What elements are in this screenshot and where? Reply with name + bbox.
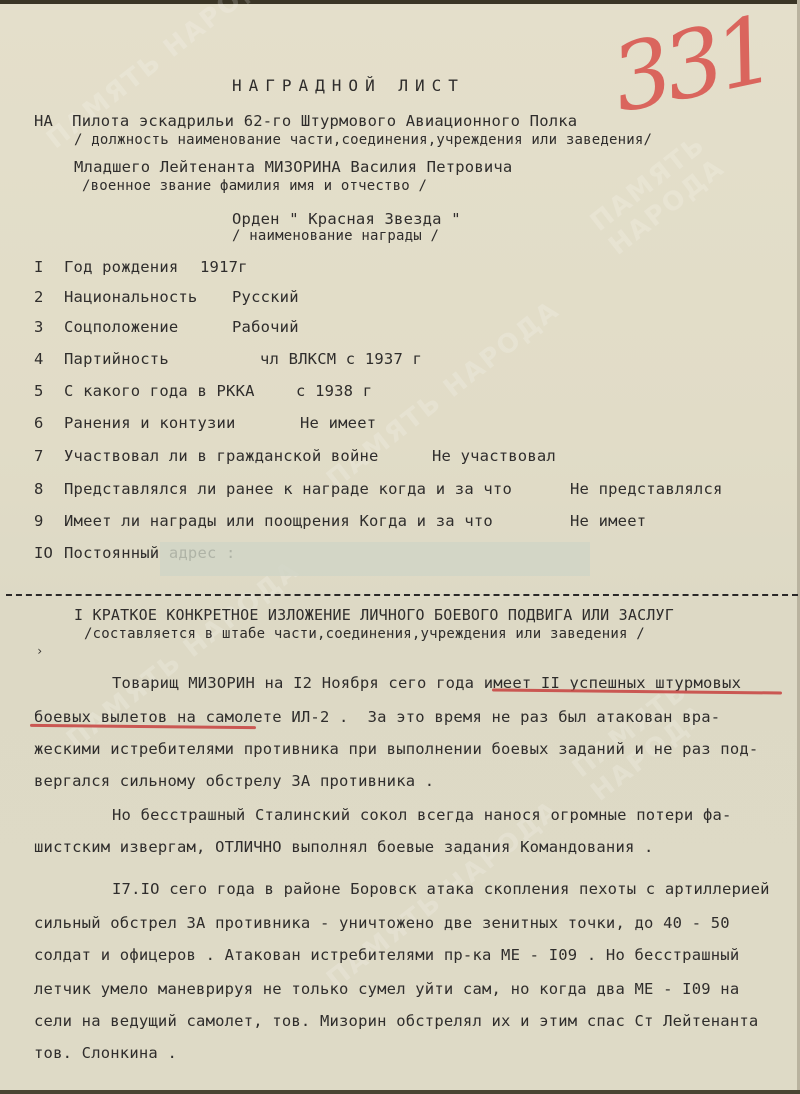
citation-line: летчик умело маневрируя не только сумел … <box>34 980 739 998</box>
citation-line: I7.IO сего года в районе Боровск атака с… <box>112 880 770 898</box>
name-caption: /военное звание фамилия имя и отчество / <box>82 178 427 194</box>
field-number: 7 <box>34 447 64 465</box>
field-row: IГод рождения <box>34 258 178 276</box>
field-value: Не имеет <box>570 512 646 530</box>
field-value: Русский <box>232 288 299 306</box>
field-label: Представлялся ли ранее к награде когда и… <box>64 480 512 498</box>
field-value: Не участвовал <box>432 447 556 465</box>
field-number: 6 <box>34 414 64 432</box>
scan-top-edge <box>0 0 800 4</box>
position-caption: / должность наименование части,соединени… <box>74 132 652 148</box>
recipient-name-text: Младшего Лейтенанта МИЗОРИНА Василия Пет… <box>74 158 512 176</box>
citation-line: боевых вылетов на самолете ИЛ-2 . За это… <box>34 708 720 726</box>
recipient-position-line: НА Пилота эскадрильи 62-го Штурмового Ав… <box>34 112 577 130</box>
field-value: чл ВЛКСМ с 1937 г <box>260 350 422 368</box>
field-row: 5С какого года в РККА <box>34 382 255 400</box>
citation-line: тов. Слонкина . <box>34 1044 177 1062</box>
scan-bottom-edge <box>0 1090 800 1094</box>
field-number: I <box>34 258 64 276</box>
field-label: Год рождения <box>64 258 178 276</box>
citation-line: жескими истребителями противника при вып… <box>34 740 758 758</box>
field-label: С какого года в РККА <box>64 382 255 400</box>
pencil-mark: › <box>36 644 43 658</box>
recipient-name: Младшего Лейтенанта МИЗОРИНА Василия Пет… <box>74 158 512 176</box>
field-number: 5 <box>34 382 64 400</box>
field-row: 2Национальность <box>34 288 197 306</box>
citation-line: сильный обстрел ЗА противника - уничтоже… <box>34 914 730 932</box>
document-title: НАГРАДНОЙ ЛИСТ <box>232 76 465 95</box>
field-label: Партийность <box>64 350 169 368</box>
field-row: 8Представлялся ли ранее к награде когда … <box>34 480 512 498</box>
field-row: 6Ранения и контузии <box>34 414 236 432</box>
citation-line: сели на ведущий самолет, тов. Мизорин об… <box>34 1012 758 1030</box>
field-value: 1917г <box>200 258 248 276</box>
na-label: НА <box>34 112 53 130</box>
field-number: 4 <box>34 350 64 368</box>
award-sheet-page: ПАМЯТЬ НАРОДА ПАМЯТЬ НАРОДА ПАМЯТЬ НАРОД… <box>0 0 800 1094</box>
citation-line: вергался сильному обстрелу ЗА противника… <box>34 772 434 790</box>
field-row: 4Партийность <box>34 350 169 368</box>
field-row: 3Соцположение <box>34 318 178 336</box>
field-number: 8 <box>34 480 64 498</box>
citation-line: солдат и офицеров . Атакован истребителя… <box>34 946 739 964</box>
field-value: Не имеет <box>300 414 376 432</box>
award-caption: / наименование награды / <box>232 228 439 244</box>
citation-line: шистским извергам, ОТЛИЧНО выполнял боев… <box>34 838 654 856</box>
field-value: с 1938 г <box>296 382 372 400</box>
section-divider <box>6 594 798 596</box>
field-number: 2 <box>34 288 64 306</box>
field-label: Участвовал ли в гражданской войне <box>64 447 379 465</box>
citation-line: Но бесстрашный Сталинский сокол всегда н… <box>112 806 732 824</box>
field-label: Имеет ли награды или поощрения Когда и з… <box>64 512 493 530</box>
section-heading: I КРАТКОЕ КОНКРЕТНОЕ ИЗЛОЖЕНИЕ ЛИЧНОГО Б… <box>74 606 674 624</box>
field-number: 3 <box>34 318 64 336</box>
field-number: IO <box>34 544 64 562</box>
recipient-position: Пилота эскадрильи 62-го Штурмового Авиац… <box>72 112 577 130</box>
field-number: 9 <box>34 512 64 530</box>
field-value: Не представлялся <box>570 480 723 498</box>
award-name: Орден " Красная Звезда " <box>232 210 461 228</box>
section-caption: /составляется в штабе части,соединения,у… <box>84 626 645 642</box>
field-row: 9Имеет ли награды или поощрения Когда и … <box>34 512 493 530</box>
field-value: Рабочий <box>232 318 299 336</box>
field-row: 7Участвовал ли в гражданской войне <box>34 447 379 465</box>
field-label: Соцположение <box>64 318 178 336</box>
field-label: Ранения и контузии <box>64 414 236 432</box>
field-label: Национальность <box>64 288 197 306</box>
redacted-address <box>160 542 590 576</box>
